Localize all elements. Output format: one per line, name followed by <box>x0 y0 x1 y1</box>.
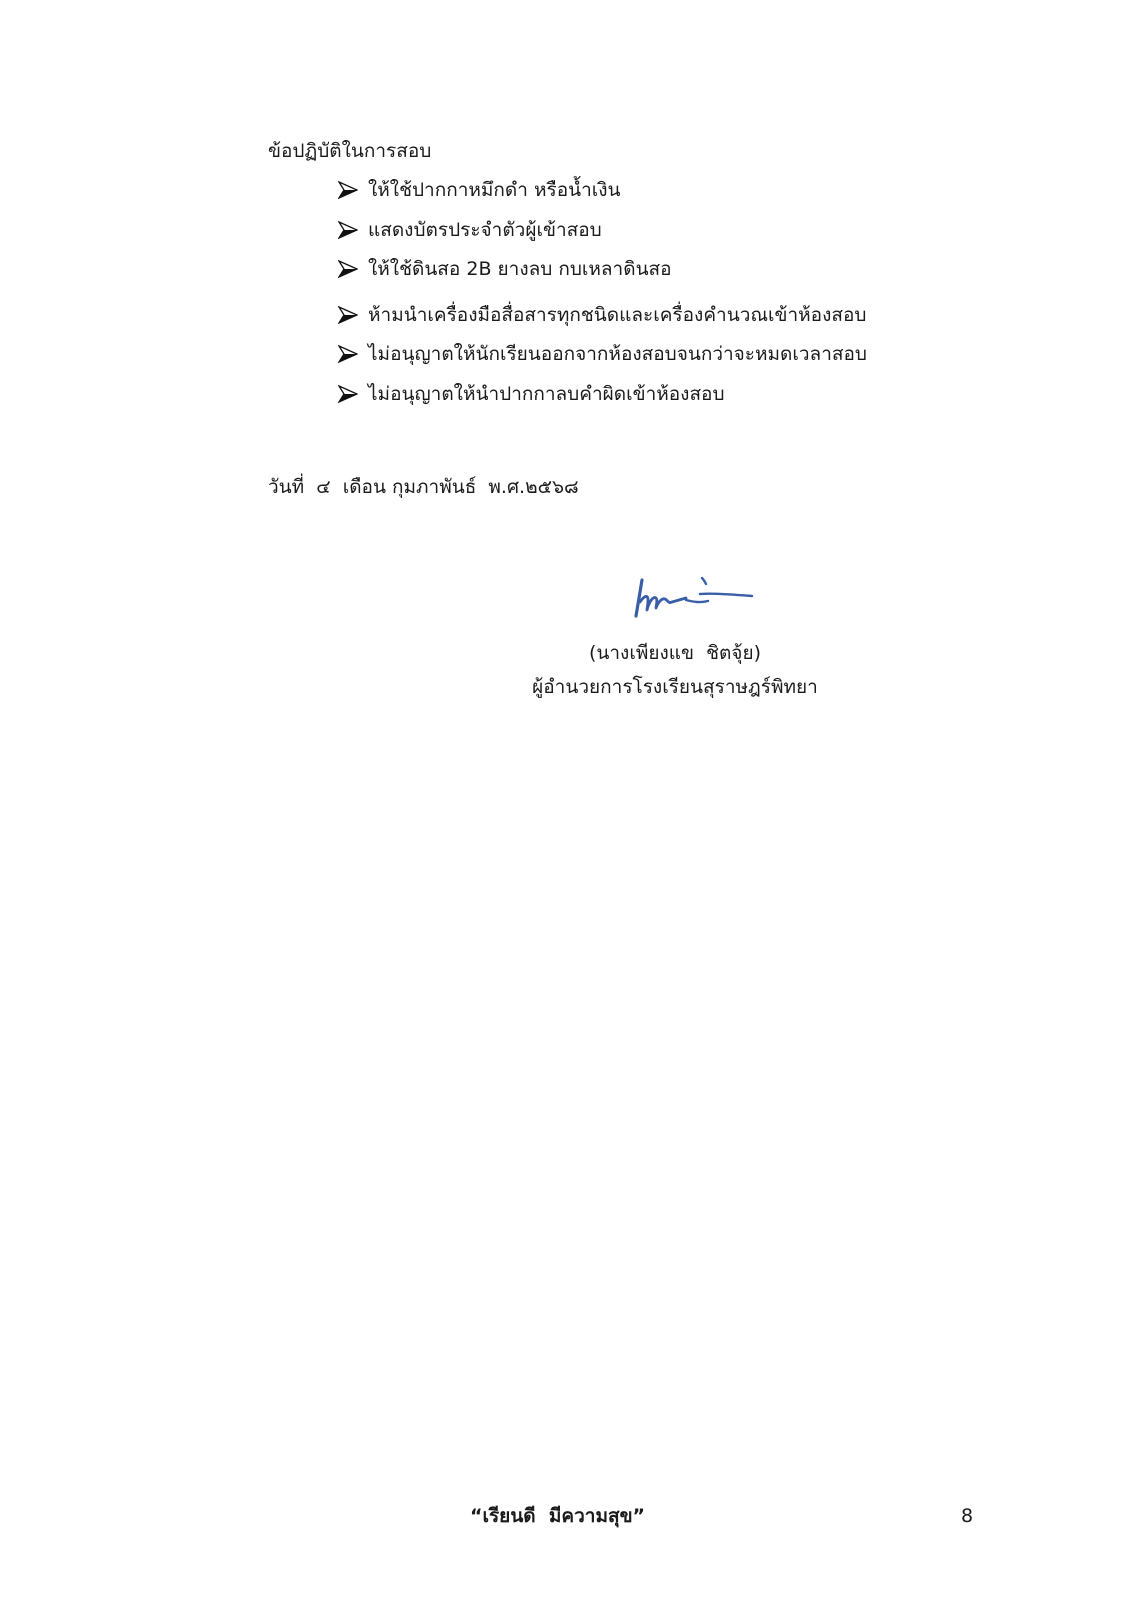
rule-text: ไม่อนุญาตให้นำปากกาลบคำผิดเข้าห้องสอบ <box>368 380 725 408</box>
signature-icon <box>628 572 758 622</box>
arrow-bullet-icon <box>338 344 358 364</box>
signer-title: ผู้อำนวยการโรงเรียนสุราษฎร์พิทยา <box>495 674 855 700</box>
rule-item: ให้ใช้ปากกาหมึกดำ หรือน้ำเงิน <box>338 176 621 204</box>
rule-text: แสดงบัตรประจำตัวผู้เข้าสอบ <box>368 216 602 244</box>
arrow-bullet-icon <box>338 305 358 325</box>
date-line: วันที่ ๔ เดือน กุมภาพันธ์ พ.ศ.๒๕๖๘ <box>268 474 579 500</box>
rule-text: ไม่อนุญาตให้นักเรียนออกจากห้องสอบจนกว่าจ… <box>368 340 867 368</box>
rule-text: ให้ใช้ดินสอ 2B ยางลบ กบเหลาดินสอ <box>368 255 672 283</box>
arrow-bullet-icon <box>338 220 358 240</box>
arrow-bullet-icon <box>338 259 358 279</box>
section-heading: ข้อปฏิบัติในการสอบ <box>268 138 431 164</box>
rule-text: ให้ใช้ปากกาหมึกดำ หรือน้ำเงิน <box>368 176 621 204</box>
rule-item: ไม่อนุญาตให้นักเรียนออกจากห้องสอบจนกว่าจ… <box>338 340 867 368</box>
arrow-bullet-icon <box>338 180 358 200</box>
signer-name: (นางเพียงแข ชิตจุ้ย) <box>535 640 815 666</box>
rule-text: ห้ามนำเครื่องมือสื่อสารทุกชนิดและเครื่อง… <box>368 301 866 329</box>
page-number: 8 <box>961 1503 973 1529</box>
document-page: ข้อปฏิบัติในการสอบ ให้ใช้ปากกาหมึกดำ หรื… <box>0 0 1131 1600</box>
rule-item: แสดงบัตรประจำตัวผู้เข้าสอบ <box>338 216 602 244</box>
rule-item: ห้ามนำเครื่องมือสื่อสารทุกชนิดและเครื่อง… <box>338 301 866 329</box>
arrow-bullet-icon <box>338 384 358 404</box>
rule-item: ให้ใช้ดินสอ 2B ยางลบ กบเหลาดินสอ <box>338 255 672 283</box>
rule-item: ไม่อนุญาตให้นำปากกาลบคำผิดเข้าห้องสอบ <box>338 380 725 408</box>
footer-motto: “เรียนดี มีความสุข” <box>470 1503 645 1529</box>
